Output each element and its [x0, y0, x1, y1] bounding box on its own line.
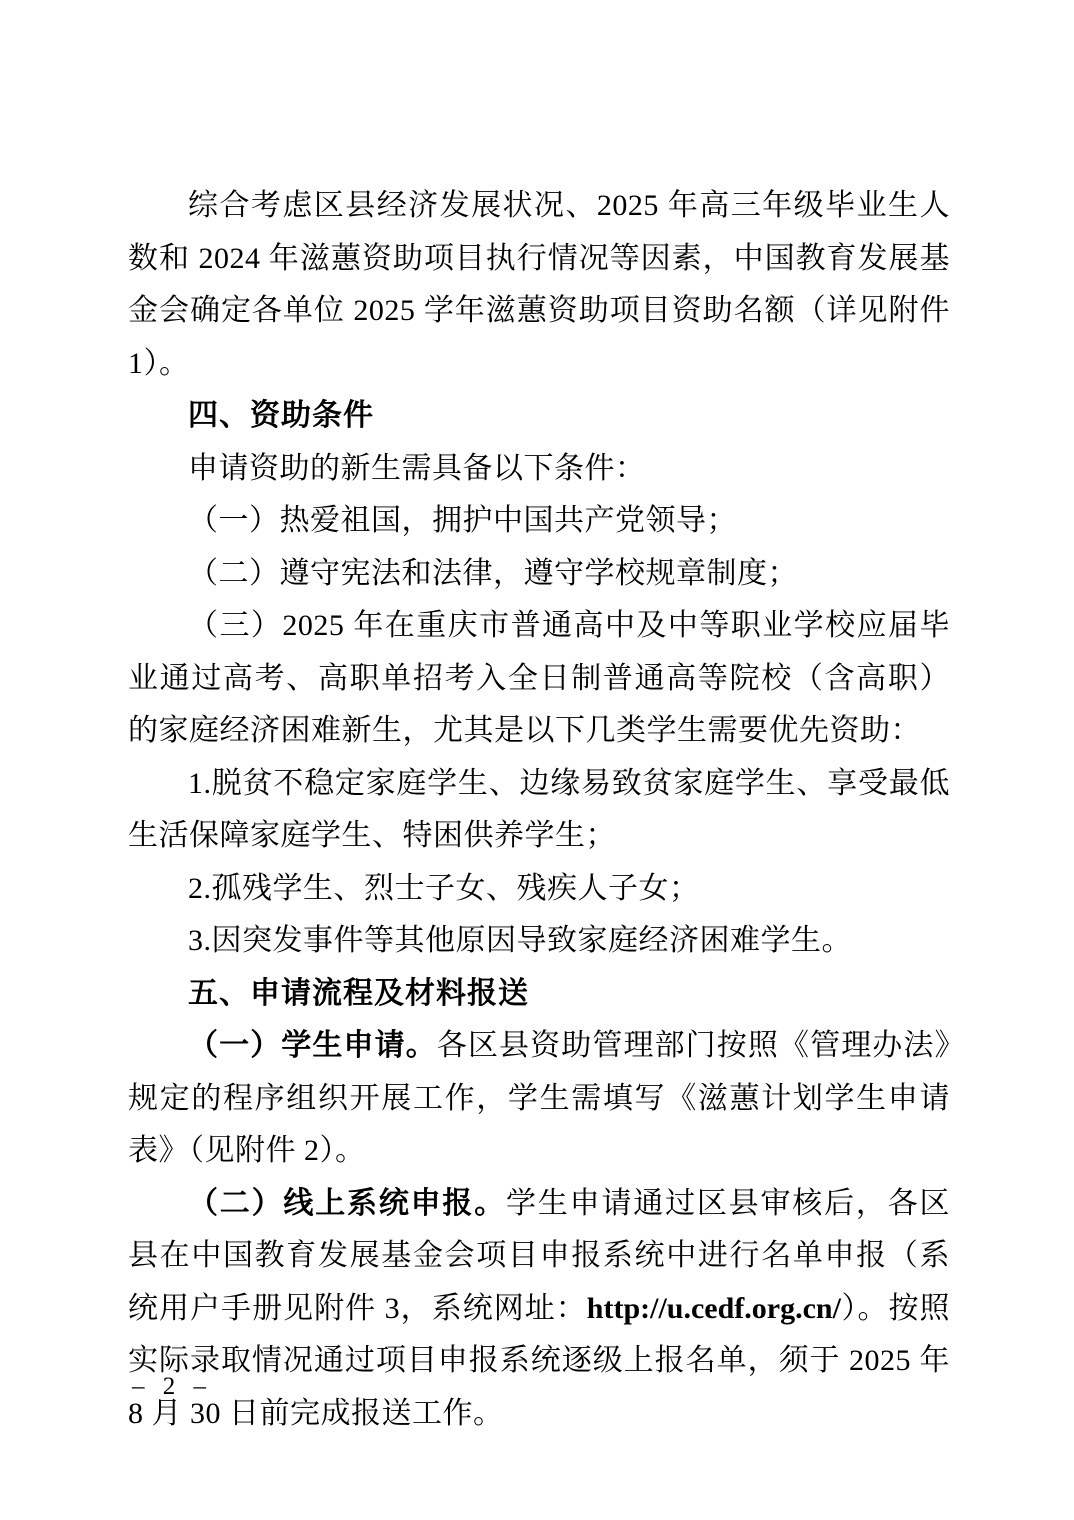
section-heading-application-process: 五、申请流程及材料报送	[128, 968, 950, 1021]
sub-heading-student-application: （一）学生申请。	[188, 1029, 437, 1062]
paragraph-condition-2: （二）遵守宪法和法律，遵守学校规章制度；	[128, 548, 950, 601]
sub-heading-online-declaration: （二）线上系统申报。	[188, 1187, 506, 1220]
document-body: 综合考虑区县经济发展状况、2025 年高三年级毕业生人数和 2024 年滋蕙资助…	[128, 180, 950, 1440]
paragraph-conditions-intro: 申请资助的新生需具备以下条件：	[128, 443, 950, 496]
paragraph-priority-group-1: 1.脱贫不稳定家庭学生、边缘易致贫家庭学生、享受最低生活保障家庭学生、特困供养学…	[128, 758, 950, 863]
document-page: 综合考虑区县经济发展状况、2025 年高三年级毕业生人数和 2024 年滋蕙资助…	[0, 0, 1074, 1520]
paragraph-student-application: （一）学生申请。各区县资助管理部门按照《管理办法》规定的程序组织开展工作，学生需…	[128, 1020, 950, 1178]
page-number: – 2 –	[132, 1372, 212, 1402]
paragraph-quota-determination: 综合考虑区县经济发展状况、2025 年高三年级毕业生人数和 2024 年滋蕙资助…	[128, 180, 950, 390]
paragraph-priority-group-2: 2.孤残学生、烈士子女、残疾人子女；	[128, 863, 950, 916]
section-heading-funding-conditions: 四、资助条件	[128, 390, 950, 443]
system-url-text: http://u.cedf.org.cn/	[587, 1292, 841, 1325]
paragraph-condition-1: （一）热爱祖国，拥护中国共产党领导；	[128, 495, 950, 548]
paragraph-online-declaration: （二）线上系统申报。学生申请通过区县审核后，各区县在中国教育发展基金会项目申报系…	[128, 1178, 950, 1441]
paragraph-priority-group-3: 3.因突发事件等其他原因导致家庭经济困难学生。	[128, 915, 950, 968]
paragraph-condition-3: （三）2025 年在重庆市普通高中及中等职业学校应届毕业通过高考、高职单招考入全…	[128, 600, 950, 758]
